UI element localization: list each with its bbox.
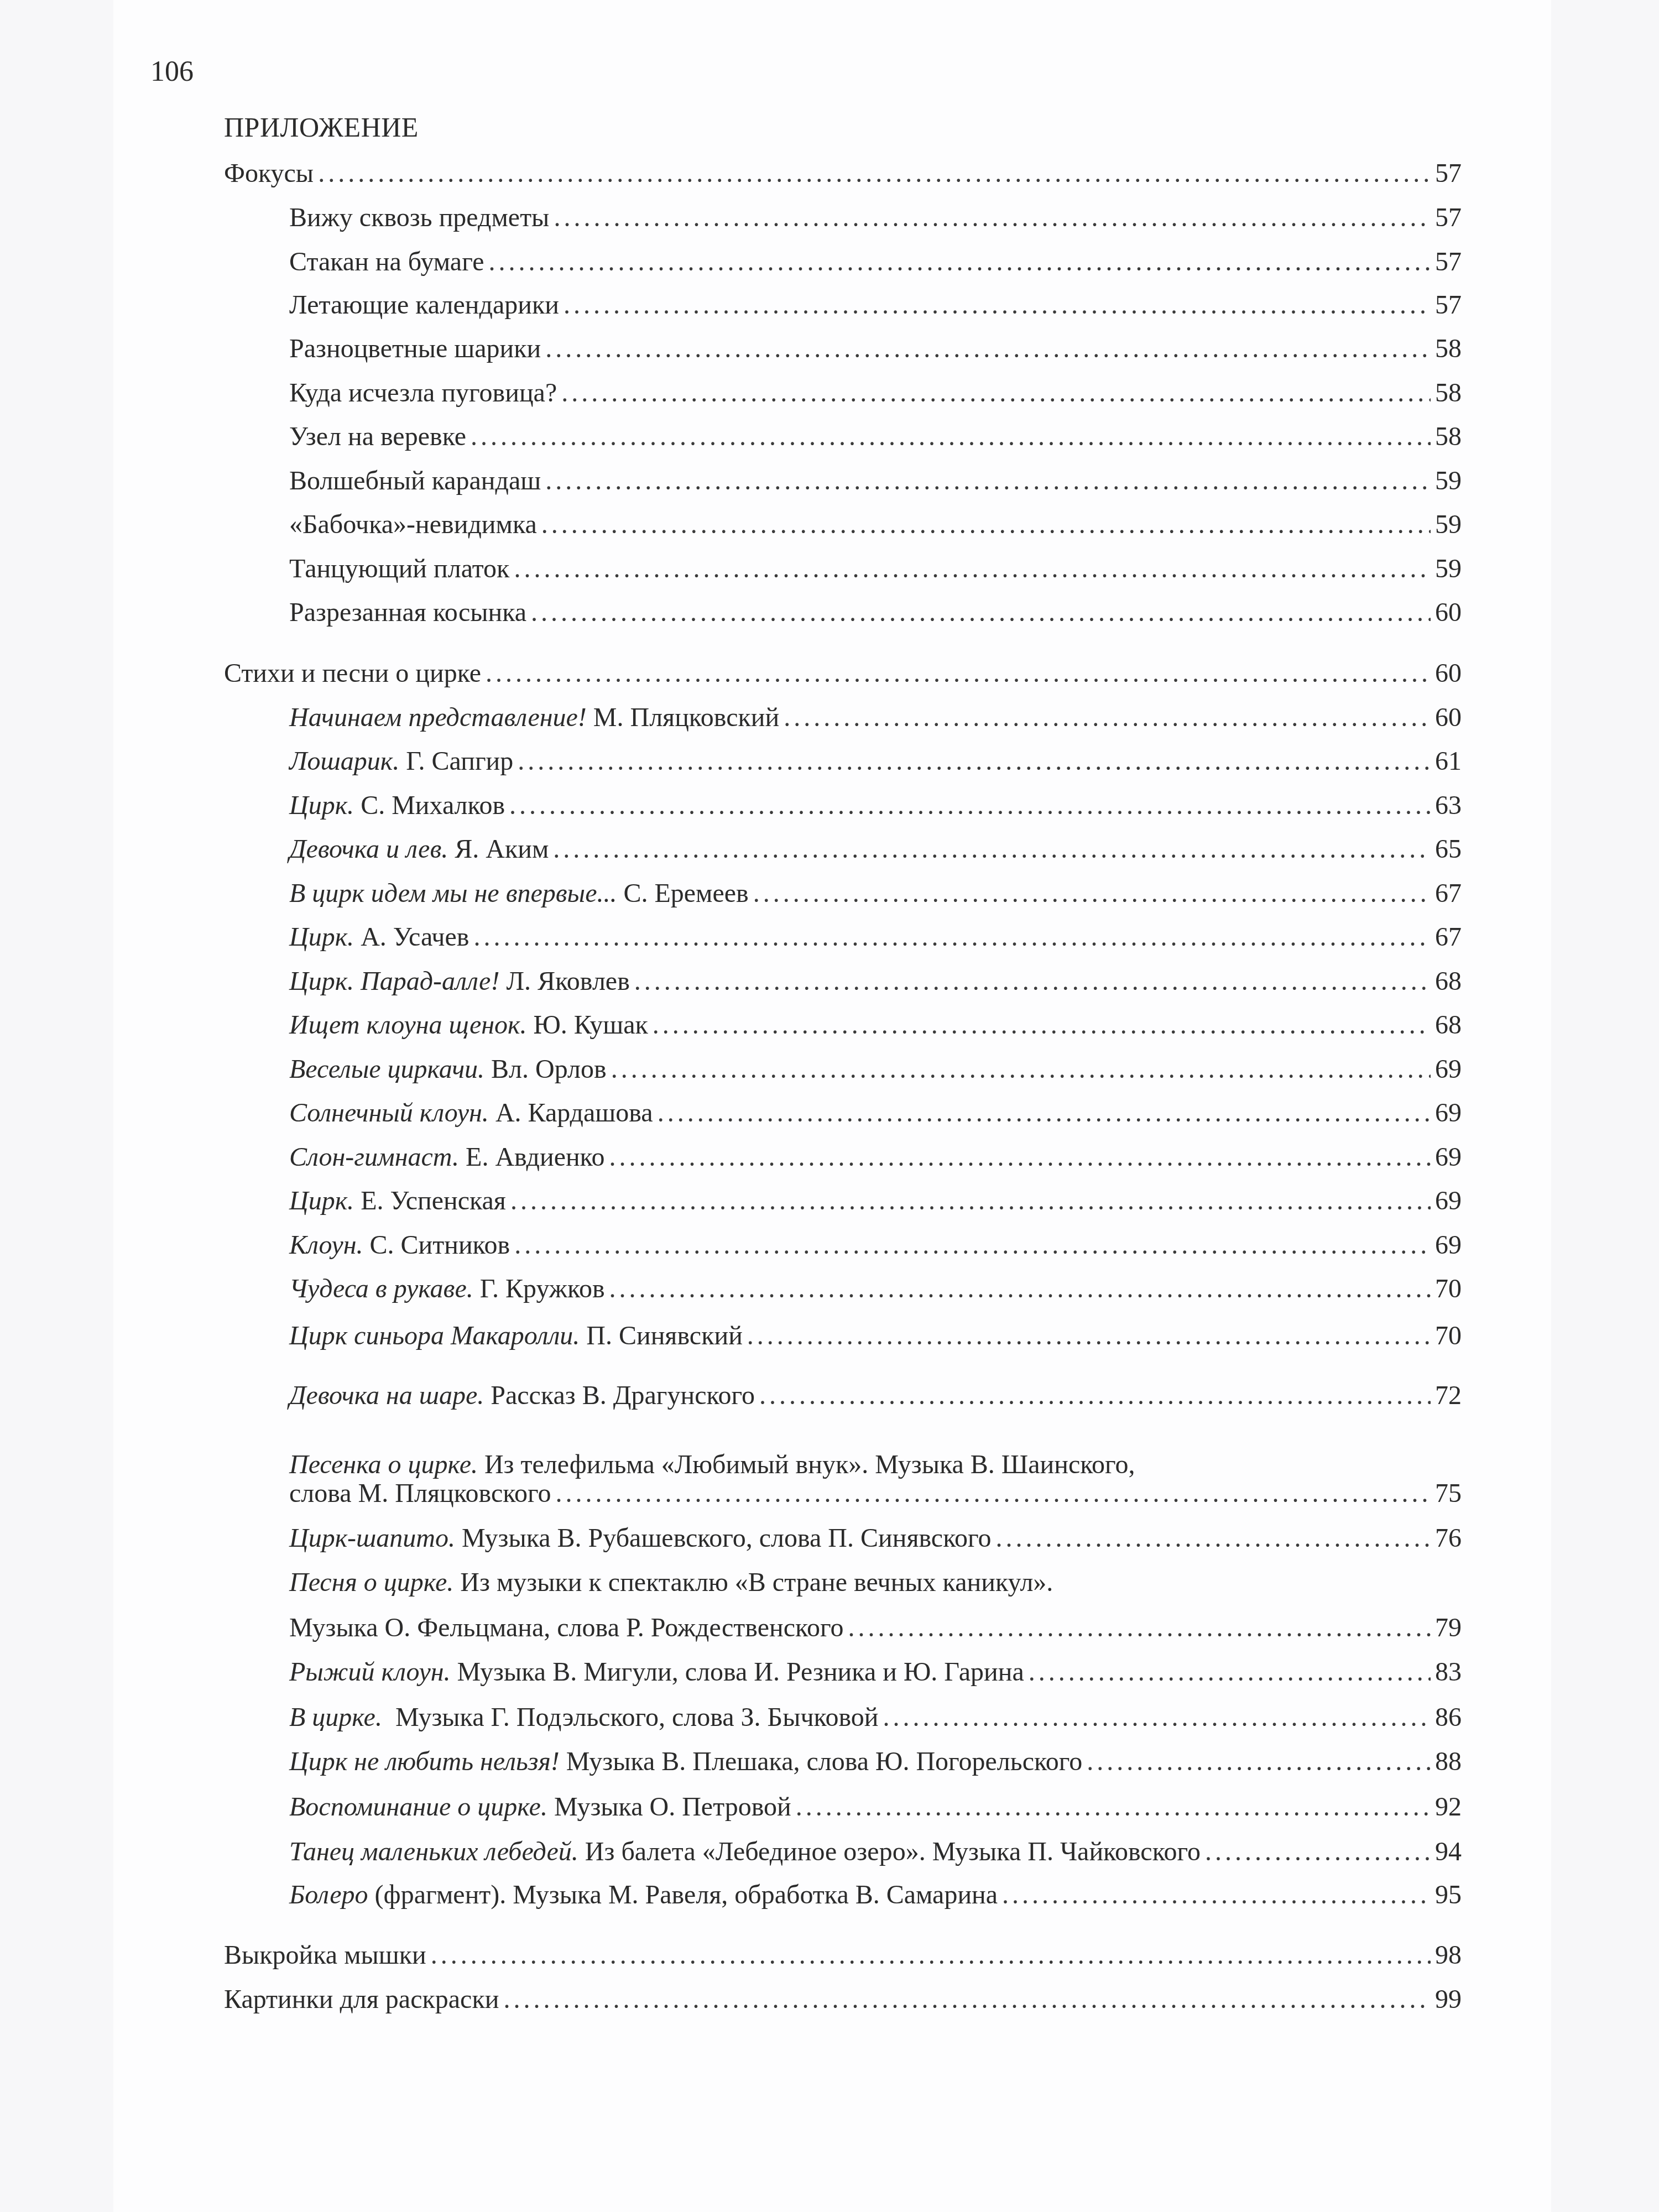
toc-entry-work-title: Болеро (289, 1880, 368, 1910)
toc-entry-ryzhiy[interactable]: Рыжий клоун. Музыка В. Мигули, слова И. … (289, 1656, 1462, 1689)
toc-entry-text: Летающие календарики (289, 290, 559, 320)
toc-entry-title: Вижу сквозь предметы (289, 201, 549, 234)
toc-entry-shapito[interactable]: Цирк-шапито. Музыка В. Рубашевского, сло… (289, 1522, 1462, 1555)
dot-leader (431, 1939, 1431, 1972)
toc-entry-page-number: 59 (1435, 552, 1462, 586)
toc-entry-text: С. Еремеев (617, 879, 748, 908)
toc-entry-work-title: Песня о цирке. (289, 1568, 453, 1597)
toc-entry-karandash[interactable]: Волшебный карандаш59 (289, 465, 1462, 498)
toc-entry-cirk-mihalkov[interactable]: Цирк. С. Михалков63 (289, 789, 1462, 822)
toc-entry-page-number: 57 (1435, 246, 1462, 279)
toc-entry-text: Разноцветные шарики (289, 334, 541, 363)
toc-entry-page-number: 57 (1435, 157, 1462, 190)
toc-entry-work-title: Рыжий клоун. (289, 1657, 451, 1687)
toc-entry-work-title: В цирке. (289, 1703, 382, 1732)
dot-leader (510, 1185, 1431, 1218)
toc-entry-page-number: 67 (1435, 921, 1462, 954)
toc-entry-work-title: В цирк идем мы не впервые... (289, 879, 617, 908)
dot-leader (518, 745, 1431, 778)
toc-entry-devochka-shar[interactable]: Девочка на шаре. Рассказ В. Драгунского7… (289, 1379, 1462, 1412)
toc-entry-work-title: Песенка о цирке. (289, 1450, 478, 1479)
toc-entry-title: Картинки для раскраски (224, 1983, 499, 2016)
toc-entry-uzel[interactable]: Узел на веревке58 (289, 420, 1462, 453)
toc-entry-vospominanie[interactable]: Воспоминание о цирке. Музыка О. Петровой… (289, 1791, 1462, 1824)
dot-leader (1205, 1835, 1431, 1869)
toc-entry-page-number: 69 (1435, 1185, 1462, 1218)
toc-entry-text: Стакан на бумаге (289, 247, 484, 276)
toc-entry-title: Стакан на бумаге (289, 246, 484, 279)
toc-entry-text: Из телефильма «Любимый внук». Музыка В. … (478, 1450, 1135, 1479)
toc-entry-stakan[interactable]: Стакан на бумаге57 (289, 246, 1462, 279)
toc-entry-parad-alle[interactable]: Цирк. Парад-алле! Л. Яковлев68 (289, 965, 1462, 998)
toc-entry-work-title: Цирк не любить нельзя! (289, 1747, 560, 1776)
toc-entry-title: Веселые циркачи. Вл. Орлов (289, 1053, 607, 1086)
toc-entry-shariki[interactable]: Разноцветные шарики58 (289, 332, 1462, 366)
toc-entry-title: Разноцветные шарики (289, 332, 541, 366)
toc-entry-text: Е. Авдиенко (459, 1142, 604, 1172)
toc-entry-title: В цирке. Музыка Г. Подэльского, слова З.… (289, 1701, 878, 1734)
toc-entry-kartinki[interactable]: Картинки для раскраски99 (224, 1983, 1462, 2016)
toc-entry-work-title: Цирк. Парад-алле! (289, 967, 499, 996)
toc-entry-work-title: Чудеса в рукаве. (289, 1274, 473, 1303)
page-number: 106 (150, 55, 194, 88)
toc-entry-pesnya-1[interactable]: Песня о цирке. Из музыки к спектаклю «В … (289, 1566, 1462, 1599)
toc-entry-title: Песня о цирке. Из музыки к спектаклю «В … (289, 1566, 1053, 1599)
toc-entry-text: А. Усачев (354, 922, 469, 952)
toc-entry-title: Солнечный клоун. А. Кардашова (289, 1097, 653, 1130)
toc-entry-text: Волшебный карандаш (289, 466, 541, 495)
toc-entry-text: С. Михалков (354, 791, 505, 820)
dot-leader (514, 1229, 1431, 1262)
toc-entry-text: С. Ситников (363, 1230, 510, 1260)
dot-leader (658, 1097, 1431, 1130)
dot-leader (564, 289, 1431, 322)
dot-leader (531, 596, 1431, 629)
dot-leader (486, 657, 1431, 690)
dot-leader (553, 833, 1431, 866)
toc-entry-page-number: 94 (1435, 1835, 1462, 1869)
toc-entry-kloun-sitnikov[interactable]: Клоун. С. Ситников69 (289, 1229, 1462, 1262)
toc-entry-work-title: Лошарик. (289, 747, 399, 776)
toc-entry-slon[interactable]: Слон-гимнаст. Е. Авдиенко69 (289, 1141, 1462, 1174)
dot-leader (561, 377, 1431, 410)
toc-entry-text: П. Синявский (580, 1321, 743, 1350)
toc-entry-kosynka[interactable]: Разрезанная косынка60 (289, 596, 1462, 629)
toc-entry-work-title: Танец маленьких лебедей. (289, 1837, 578, 1866)
dot-leader (1002, 1879, 1431, 1912)
toc-entry-text: Музыка В. Плешака, слова Ю. Погорельског… (560, 1747, 1083, 1776)
toc-entry-title: Болеро (фрагмент). Музыка М. Равеля, обр… (289, 1879, 998, 1912)
toc-entry-page-number: 68 (1435, 1009, 1462, 1042)
toc-entry-page-number: 83 (1435, 1656, 1462, 1689)
toc-entry-page-number: 69 (1435, 1097, 1462, 1130)
toc-entry-text: М. Пляцковский (587, 703, 779, 732)
toc-entry-babochka[interactable]: «Бабочка»-невидимка59 (289, 508, 1462, 541)
toc-entry-text: (фрагмент). Музыка М. Равеля, обработка … (368, 1880, 998, 1910)
toc-entry-title: Цирк. А. Усачев (289, 921, 469, 954)
toc-entry-lebedi[interactable]: Танец маленьких лебедей. Из балета «Лебе… (289, 1835, 1462, 1869)
dot-leader (611, 1053, 1431, 1086)
toc-entry-ne-lyubit[interactable]: Цирк не любить нельзя! Музыка В. Плешака… (289, 1745, 1462, 1778)
toc-entry-text: Картинки для раскраски (224, 1985, 499, 2014)
toc-entry-text: Вижу сквозь предметы (289, 203, 549, 232)
toc-entry-title: Танец маленьких лебедей. Из балета «Лебе… (289, 1835, 1201, 1869)
toc-entry-page-number: 61 (1435, 745, 1462, 778)
dot-leader (848, 1611, 1431, 1645)
toc-entry-work-title: Воспоминание о цирке. (289, 1792, 547, 1822)
toc-entry-title: Куда исчезла пуговица? (289, 377, 557, 410)
toc-entry-title: Цирк-шапито. Музыка В. Рубашевского, сло… (289, 1522, 992, 1555)
toc-entry-text: Узел на веревке (289, 422, 466, 451)
toc-entry-v-cirk-idem[interactable]: В цирк идем мы не впервые... С. Еремеев6… (289, 877, 1462, 910)
toc-entry-vizhu[interactable]: Вижу сквозь предметы57 (289, 201, 1462, 234)
toc-entry-work-title: Начинаем представление! (289, 703, 587, 732)
toc-entry-pesenka-1[interactable]: Песенка о цирке. Из телефильма «Любимый … (289, 1448, 1462, 1481)
toc-entry-text: Куда исчезла пуговица? (289, 378, 557, 408)
toc-entry-losharik[interactable]: Лошарик. Г. Сапгир61 (289, 745, 1462, 778)
dot-leader (541, 508, 1431, 541)
toc-entry-page-number: 68 (1435, 965, 1462, 998)
toc-entry-text: Музыка О. Петровой (547, 1792, 791, 1822)
toc-entry-work-title: Слон-гимнаст. (289, 1142, 459, 1172)
toc-entry-v-cirke[interactable]: В цирке. Музыка Г. Подэльского, слова З.… (289, 1701, 1462, 1734)
toc-entry-title: Танцующий платок (289, 552, 509, 586)
toc-entry-title: Летающие календарики (289, 289, 559, 322)
toc-entry-text: «Бабочка»-невидимка (289, 510, 537, 539)
dot-leader (796, 1791, 1431, 1824)
toc-entry-text: Стихи и песни о цирке (224, 659, 481, 688)
dot-leader (1087, 1745, 1431, 1778)
toc-entry-page-number: 60 (1435, 657, 1462, 690)
toc-entry-page-number: 58 (1435, 420, 1462, 453)
toc-entry-pesenka-2[interactable]: слова М. Пляцковского75 (289, 1477, 1462, 1510)
toc-entry-title: слова М. Пляцковского (289, 1477, 551, 1510)
toc-entry-page-number: 76 (1435, 1522, 1462, 1555)
toc-entry-work-title: Веселые циркачи. (289, 1055, 484, 1084)
toc-entry-page-number: 95 (1435, 1879, 1462, 1912)
toc-entry-page-number: 72 (1435, 1379, 1462, 1412)
toc-entry-title: Лошарик. Г. Сапгир (289, 745, 513, 778)
toc-entry-text: Танцующий платок (289, 554, 509, 583)
dot-leader (545, 332, 1431, 366)
toc-entry-text: Е. Успенская (354, 1186, 506, 1215)
toc-entry-work-title: Цирк. (289, 1186, 354, 1215)
toc-entry-work-title: Солнечный клоун. (289, 1098, 489, 1128)
toc-entry-title: Цирк. Е. Успенская (289, 1185, 506, 1218)
toc-entry-page-number: 57 (1435, 289, 1462, 322)
toc-entry-work-title: Цирк. (289, 791, 354, 820)
toc-entry-title: Клоун. С. Ситников (289, 1229, 510, 1262)
dot-leader (1029, 1656, 1431, 1689)
dot-leader (996, 1522, 1431, 1555)
toc-entry-page-number: 69 (1435, 1141, 1462, 1174)
toc-entry-work-title: Девочка и лев. (289, 834, 448, 864)
dot-leader (471, 420, 1431, 453)
toc-entry-pesnya-2[interactable]: Музыка О. Фельцмана, слова Р. Рождествен… (289, 1611, 1462, 1645)
toc-entry-title: Узел на веревке (289, 420, 466, 453)
toc-entry-page-number: 88 (1435, 1745, 1462, 1778)
toc-entry-nachinaem[interactable]: Начинаем представление! М. Пляцковский60 (289, 701, 1462, 734)
dot-leader (514, 552, 1431, 586)
dot-leader (609, 1272, 1431, 1306)
toc-entry-page-number: 98 (1435, 1939, 1462, 1972)
dot-leader (489, 246, 1431, 279)
toc-entry-text: Музыка В. Рубашевского, слова П. Синявск… (455, 1524, 992, 1553)
toc-entry-platok[interactable]: Танцующий платок59 (289, 552, 1462, 586)
toc-entry-text: А. Кардашова (489, 1098, 653, 1128)
dot-leader (503, 1983, 1431, 2016)
toc-entry-title: «Бабочка»-невидимка (289, 508, 537, 541)
toc-entry-page-number: 67 (1435, 877, 1462, 910)
toc-entry-title: Слон-гимнаст. Е. Авдиенко (289, 1141, 605, 1174)
toc-entry-text: Г. Кружков (473, 1274, 605, 1303)
toc-entry-page-number: 59 (1435, 508, 1462, 541)
dot-leader (545, 465, 1431, 498)
toc-entry-cirk-uspenskaya[interactable]: Цирк. Е. Успенская69 (289, 1185, 1462, 1218)
toc-entry-solnechny[interactable]: Солнечный клоун. А. Кардашова69 (289, 1097, 1462, 1130)
toc-entry-title: Чудеса в рукаве. Г. Кружков (289, 1272, 605, 1306)
toc-entry-chudesa[interactable]: Чудеса в рукаве. Г. Кружков70 (289, 1272, 1462, 1306)
toc-entry-text: Из балета «Лебединое озеро». Музыка П. Ч… (578, 1837, 1201, 1866)
dot-leader (609, 1141, 1431, 1174)
toc-entry-page-number: 69 (1435, 1229, 1462, 1262)
toc-entry-page-number: 99 (1435, 1983, 1462, 2016)
toc-entry-title: Выкройка мышки (224, 1939, 426, 1972)
toc-entry-page-number: 59 (1435, 465, 1462, 498)
dot-leader (473, 921, 1431, 954)
toc-entry-text: Вл. Орлов (484, 1055, 607, 1084)
toc-entry-page-number: 60 (1435, 701, 1462, 734)
toc-entry-title: Волшебный карандаш (289, 465, 541, 498)
dot-leader (554, 201, 1431, 234)
toc-entry-page-number: 60 (1435, 596, 1462, 629)
dot-leader (653, 1009, 1431, 1042)
toc-entry-veselye[interactable]: Веселые циркачи. Вл. Орлов69 (289, 1053, 1462, 1086)
toc-entry-page-number: 79 (1435, 1611, 1462, 1645)
toc-entry-page-number: 63 (1435, 789, 1462, 822)
toc-entry-text: Г. Сапгир (399, 747, 513, 776)
toc-entry-text: Выкройка мышки (224, 1940, 426, 1970)
toc-entry-text: Рассказ В. Драгунского (484, 1381, 755, 1410)
toc-entry-text: слова М. Пляцковского (289, 1479, 551, 1508)
dot-leader (753, 877, 1431, 910)
toc-entry-title: Цирк. С. Михалков (289, 789, 505, 822)
dot-leader (747, 1319, 1431, 1353)
toc-entry-page-number: 70 (1435, 1272, 1462, 1306)
dot-leader (883, 1701, 1431, 1734)
toc-entry-work-title: Ищет клоуна щенок. (289, 1010, 527, 1040)
toc-entry-title: Начинаем представление! М. Пляцковский (289, 701, 779, 734)
toc-entry-text: Музыка В. Мигули, слова И. Резника и Ю. … (451, 1657, 1024, 1687)
toc-entry-text: Музыка Г. Подэльского, слова З. Бычковой (382, 1703, 879, 1732)
toc-entry-title: Песенка о цирке. Из телефильма «Любимый … (289, 1448, 1135, 1481)
toc-entry-text: Я. Аким (448, 834, 549, 864)
toc-entry-title: Девочка и лев. Я. Аким (289, 833, 549, 866)
toc-entry-text: Ю. Кушак (527, 1010, 648, 1040)
toc-entry-devochka-lev[interactable]: Девочка и лев. Я. Аким65 (289, 833, 1462, 866)
toc-entry-page-number: 92 (1435, 1791, 1462, 1824)
toc-entry-title: Музыка О. Фельцмана, слова Р. Рождествен… (289, 1611, 843, 1645)
toc-entry-page-number: 75 (1435, 1477, 1462, 1510)
toc-entry-text: Музыка О. Фельцмана, слова Р. Рождествен… (289, 1613, 843, 1642)
dot-leader (759, 1379, 1431, 1412)
toc-entry-page-number: 65 (1435, 833, 1462, 866)
section-heading: ПРИЛОЖЕНИЕ (224, 111, 419, 144)
dot-leader (509, 789, 1431, 822)
toc-entry-vykroyka[interactable]: Выкройка мышки98 (224, 1939, 1462, 1972)
toc-entry-kalendariki[interactable]: Летающие календарики57 (289, 289, 1462, 322)
toc-entry-pugovica[interactable]: Куда исчезла пуговица?58 (289, 377, 1462, 410)
toc-entry-page-number: 57 (1435, 201, 1462, 234)
toc-entry-makarolli[interactable]: Цирк синьора Макаролли. П. Синявский70 (289, 1319, 1462, 1353)
dot-leader (784, 701, 1431, 734)
toc-entry-work-title: Цирк синьора Макаролли. (289, 1321, 580, 1350)
toc-entry-title: Девочка на шаре. Рассказ В. Драгунского (289, 1379, 755, 1412)
dot-leader (556, 1477, 1431, 1510)
toc-entry-page-number: 58 (1435, 332, 1462, 366)
toc-entry-title: Воспоминание о цирке. Музыка О. Петровой (289, 1791, 791, 1824)
toc-entry-fokusy[interactable]: Фокусы57 (224, 157, 1462, 190)
toc-entry-stihi[interactable]: Стихи и песни о цирке60 (224, 657, 1462, 690)
toc-entry-title: Фокусы (224, 157, 314, 190)
toc-entry-title: Рыжий клоун. Музыка В. Мигули, слова И. … (289, 1656, 1024, 1689)
toc-entry-work-title: Клоун. (289, 1230, 363, 1260)
toc-entry-text: Л. Яковлев (499, 967, 629, 996)
toc-entry-page-number: 86 (1435, 1701, 1462, 1734)
toc-entry-page-number: 70 (1435, 1319, 1462, 1353)
toc-entry-title: Цирк синьора Макаролли. П. Синявский (289, 1319, 743, 1353)
toc-entry-title: Цирк. Парад-алле! Л. Яковлев (289, 965, 630, 998)
toc-entry-title: В цирк идем мы не впервые... С. Еремеев (289, 877, 749, 910)
toc-entry-title: Стихи и песни о цирке (224, 657, 481, 690)
toc-entry-text: Из музыки к спектаклю «В стране вечных к… (453, 1568, 1053, 1597)
toc-entry-bolero[interactable]: Болеро (фрагмент). Музыка М. Равеля, обр… (289, 1879, 1462, 1912)
toc-entry-title: Цирк не любить нельзя! Музыка В. Плешака… (289, 1745, 1082, 1778)
toc-entry-title: Ищет клоуна щенок. Ю. Кушак (289, 1009, 648, 1042)
dot-leader (318, 157, 1431, 190)
toc-entry-text: Фокусы (224, 159, 314, 188)
toc-entry-title: Разрезанная косынка (289, 596, 526, 629)
toc-entry-work-title: Девочка на шаре. (289, 1381, 484, 1410)
toc-entry-work-title: Цирк. (289, 922, 354, 952)
toc-entry-work-title: Цирк-шапито. (289, 1524, 455, 1553)
dot-leader (634, 965, 1431, 998)
toc-entry-page-number: 58 (1435, 377, 1462, 410)
toc-entry-ishet-klouna[interactable]: Ищет клоуна щенок. Ю. Кушак68 (289, 1009, 1462, 1042)
toc-entry-page-number: 69 (1435, 1053, 1462, 1086)
toc-entry-cirk-usachev[interactable]: Цирк. А. Усачев67 (289, 921, 1462, 954)
toc-entry-text: Разрезанная косынка (289, 598, 526, 627)
